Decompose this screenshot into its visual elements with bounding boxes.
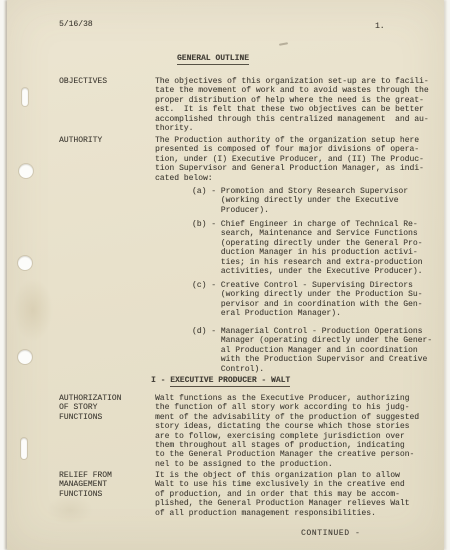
section-heading-executive-producer: I - EXECUTIVE PRODUCER - WALT [151, 376, 290, 385]
page-number: 1. [375, 22, 385, 31]
heading-numeral: I - [151, 376, 170, 385]
document-page: 5/16/38 1. GENERAL OUTLINE OBJECTIVES Th… [7, 0, 444, 550]
section-label-relief-from-management-functions: RELIEF FROM MANAGEMENT FUNCTIONS [59, 471, 112, 499]
section-label-authority: AUTHORITY [59, 136, 102, 145]
authority-item-b: (b) - Chief Engineer in charge of Techni… [192, 220, 422, 276]
section-label-authorization-of-story-functions: AUTHORIZATION OF STORY FUNCTIONS [59, 394, 121, 422]
section-body-authorization-of-story-functions: Walt functions as the Executive Producer… [155, 394, 419, 469]
authority-item-a: (a) - Promotion and Story Research Super… [192, 187, 408, 215]
punch-hole-3 [18, 350, 32, 364]
section-body-relief-from-management-functions: It is the object of this organization pl… [155, 471, 409, 518]
pencil-smudge [279, 42, 288, 46]
authority-item-c: (c) - Creative Control - Supervising Dir… [192, 281, 422, 319]
paper-stain [13, 278, 53, 342]
punch-slot-bottom [21, 438, 27, 459]
heading-title: EXECUTIVE PRODUCER - WALT [170, 376, 290, 387]
date: 5/16/38 [59, 20, 93, 29]
section-body-authority: The Production authority of the organiza… [155, 136, 424, 183]
section-label-objectives: OBJECTIVES [59, 77, 107, 86]
continued-marker: CONTINUED - [301, 529, 360, 538]
paper-stain [47, 495, 93, 525]
authority-item-d: (d) - Managerial Control - Production Op… [192, 327, 432, 374]
punch-slot-top [22, 88, 28, 106]
document-title: GENERAL OUTLINE [177, 54, 249, 65]
punch-hole-2 [18, 256, 32, 270]
punch-hole-1 [19, 164, 33, 178]
section-body-objectives: The objectives of this organization set-… [155, 77, 429, 133]
scan-background: 5/16/38 1. GENERAL OUTLINE OBJECTIVES Th… [0, 0, 450, 550]
